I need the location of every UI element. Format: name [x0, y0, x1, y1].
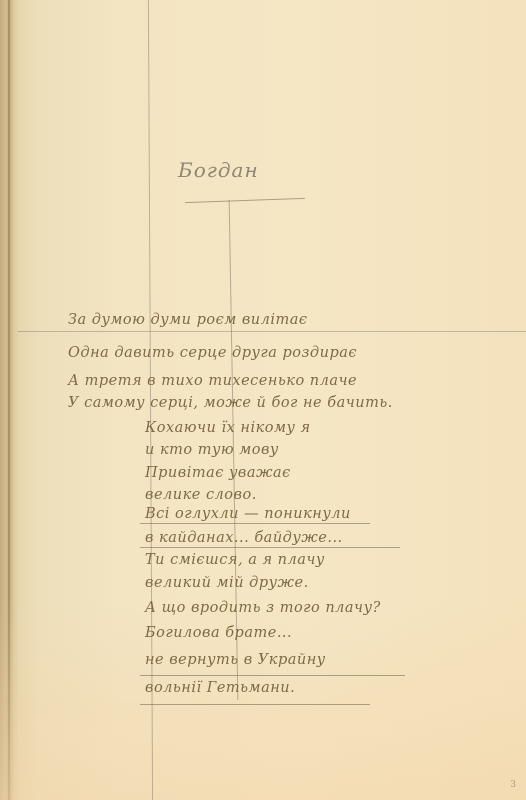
pencil-rule [140, 675, 405, 676]
manuscript-page: Богдан За думою думи роєм вилітає Одна д… [0, 0, 526, 800]
poem-line: Одна давить серце друга роздирає [68, 345, 357, 361]
poem-line: Богилова брате... [145, 625, 292, 641]
poem-line: За думою думи роєм вилітає [68, 312, 308, 328]
poem-line: не вернуть в Украйну [145, 652, 326, 668]
poem-line: А що вродить з того плачу? [145, 600, 381, 616]
poem-line: Ти смієшся, а я плачу [145, 552, 325, 568]
poem-line: Привітає уважає [145, 465, 291, 481]
poem-line: великий мій друже. [145, 575, 309, 591]
poem-line: и кто тую мову [145, 442, 279, 458]
pencil-rule [140, 523, 370, 524]
poem-line: в кайданах... байдуже... [145, 530, 343, 546]
poem-line: вольнії Гетьмани. [145, 680, 295, 696]
poem-line: У самому серці, може й бог не бачить. [68, 395, 393, 411]
poem-line: велике слово. [145, 487, 257, 503]
poem-title: Богдан [178, 158, 259, 182]
poem-line: А третя в тихо тихесенько плаче [68, 373, 357, 389]
poem-line: Кохаючи їх нікому я [145, 420, 311, 436]
pencil-rule [140, 547, 400, 548]
poem-line: Всі оглухли — поникнули [145, 506, 351, 522]
title-underline [185, 198, 305, 203]
pencil-guide-horizontal [18, 331, 526, 332]
pencil-rule [140, 704, 370, 705]
page-number: 3 [510, 780, 516, 790]
